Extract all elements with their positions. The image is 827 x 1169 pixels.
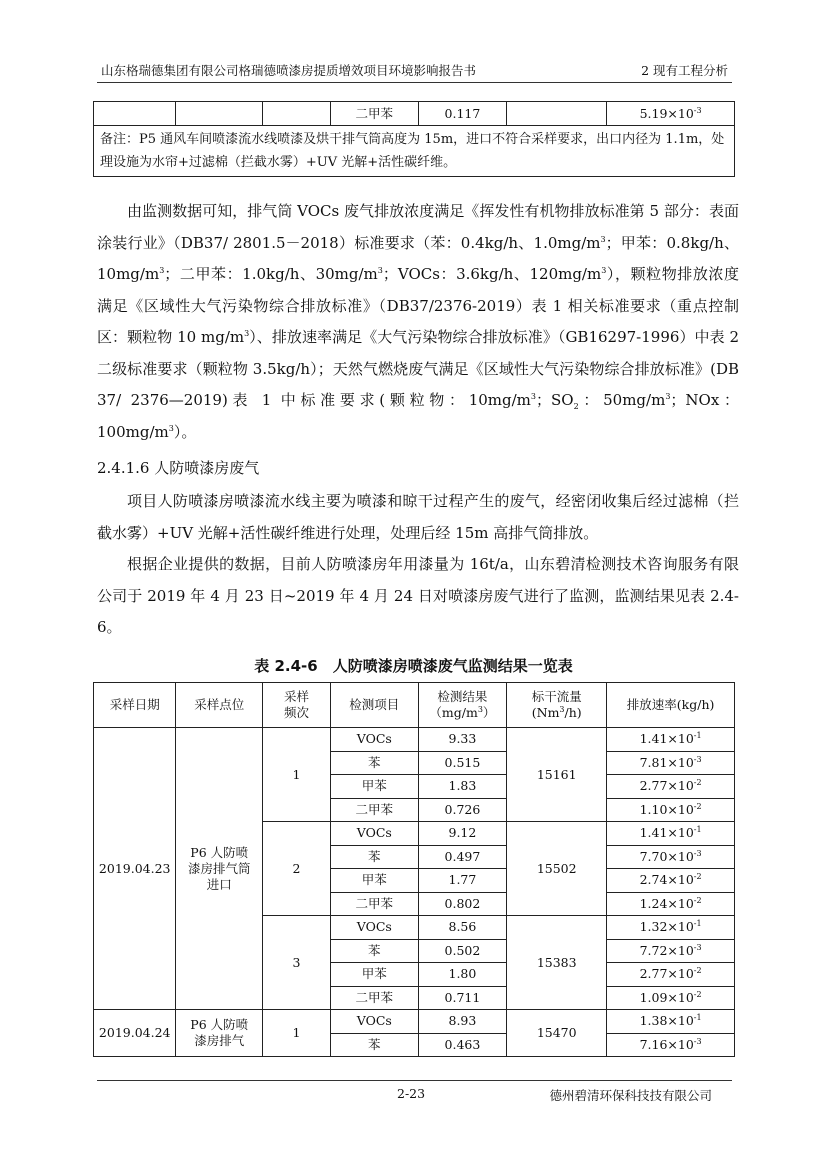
item-cell: 苯 xyxy=(331,751,419,775)
table-row: 2019.04.24P6 人防喷漆房排气1VOCs8.93154701.38×1… xyxy=(94,1010,735,1034)
freq-cell: 2 xyxy=(263,822,331,916)
freq-cell: 1 xyxy=(263,1010,331,1057)
table-row: 2019.04.23P6 人防喷漆房排气筒进口1VOCs9.33151611.4… xyxy=(94,728,735,752)
table-caption: 表 2.4-6 人防喷漆房喷漆废气监测结果一览表 xyxy=(0,655,827,676)
flow-cell: 15470 xyxy=(507,1010,607,1057)
chapter-title: 2 现有工程分析 xyxy=(641,61,728,79)
point-cell: P6 人防喷漆房排气 xyxy=(176,1010,263,1057)
rate-cell: 1.38×10-1 xyxy=(607,1010,735,1034)
rate-cell: 7.81×10-3 xyxy=(607,751,735,775)
page-footer: 2-23 德州碧清环保科技技有限公司 xyxy=(97,1080,732,1081)
header-result: 检测结果（mg/m3） xyxy=(418,683,507,728)
item-cell: VOCs xyxy=(331,822,419,846)
header-flow: 标干流量(Nm3/h) xyxy=(507,683,607,728)
header-point: 采样点位 xyxy=(176,683,263,728)
item-cell: VOCs xyxy=(331,916,419,940)
result-cell: 8.56 xyxy=(418,916,507,940)
footer-company: 德州碧清环保科技技有限公司 xyxy=(549,1086,712,1104)
flow-cell: 15502 xyxy=(507,822,607,916)
item-cell: 甲苯 xyxy=(331,775,419,799)
rate-cell: 2.77×10-2 xyxy=(607,775,735,799)
section-heading: 2.4.1.6 人防喷漆房废气 xyxy=(97,457,259,478)
page-number: 2-23 xyxy=(397,1086,425,1101)
rate-cell: 5.19×10-3 xyxy=(607,102,735,126)
monitoring-results-table: 采样日期 采样点位 采样频次 检测项目 检测结果（mg/m3） 标干流量(Nm3… xyxy=(93,682,735,1057)
point-cell: P6 人防喷漆房排气筒进口 xyxy=(176,728,263,1010)
paragraph-process: 项目人防喷漆房喷漆流水线主要为喷漆和晾干过程产生的废气，经密闭收集后经过滤棉（拦… xyxy=(97,486,739,549)
item-cell: VOCs xyxy=(331,1010,419,1034)
table-header-row: 采样日期 采样点位 采样频次 检测项目 检测结果（mg/m3） 标干流量(Nm3… xyxy=(94,683,735,728)
date-cell: 2019.04.23 xyxy=(94,728,176,1010)
rate-cell: 1.32×10-1 xyxy=(607,916,735,940)
header-item: 检测项目 xyxy=(331,683,419,728)
result-cell: 0.502 xyxy=(418,939,507,963)
rate-cell: 7.70×10-3 xyxy=(607,845,735,869)
header-rate: 排放速率(kg/h) xyxy=(607,683,735,728)
item-cell: 二甲苯 xyxy=(331,986,419,1010)
continued-table: 二甲苯 0.117 5.19×10-3 备注：P5 通风车间喷漆流水线喷漆及烘干… xyxy=(93,101,735,177)
item-cell: 二甲苯 xyxy=(331,798,419,822)
header-date: 采样日期 xyxy=(94,683,176,728)
result-cell: 0.117 xyxy=(418,102,507,126)
rate-cell: 1.41×10-1 xyxy=(607,822,735,846)
freq-cell: 1 xyxy=(263,728,331,822)
header-freq: 采样频次 xyxy=(263,683,331,728)
item-cell: 甲苯 xyxy=(331,869,419,893)
result-cell: 0.463 xyxy=(418,1033,507,1057)
table-note: 备注：P5 通风车间喷漆流水线喷漆及烘干排气筒高度为 15m，进口不符合采样要求… xyxy=(94,126,735,177)
rate-cell: 2.74×10-2 xyxy=(607,869,735,893)
item-cell: 苯 xyxy=(331,1033,419,1057)
date-cell: 2019.04.24 xyxy=(94,1010,176,1057)
result-cell: 9.12 xyxy=(418,822,507,846)
rate-cell: 1.09×10-2 xyxy=(607,986,735,1010)
note-row: 备注：P5 通风车间喷漆流水线喷漆及烘干排气筒高度为 15m，进口不符合采样要求… xyxy=(94,126,735,177)
item-cell: 苯 xyxy=(331,939,419,963)
report-title: 山东格瑞德集团有限公司格瑞德喷漆房提质增效项目环境影响报告书 xyxy=(101,61,476,79)
item-cell: VOCs xyxy=(331,728,419,752)
result-cell: 8.93 xyxy=(418,1010,507,1034)
flow-cell: 15161 xyxy=(507,728,607,822)
item-cell: 苯 xyxy=(331,845,419,869)
result-cell: 1.77 xyxy=(418,869,507,893)
rate-cell: 1.41×10-1 xyxy=(607,728,735,752)
result-cell: 0.711 xyxy=(418,986,507,1010)
table-row: 二甲苯 0.117 5.19×10-3 xyxy=(94,102,735,126)
paragraph-monitoring: 根据企业提供的数据，目前人防喷漆房年用漆量为 16t/a，山东碧清检测技术咨询服… xyxy=(97,549,739,644)
rate-cell: 1.24×10-2 xyxy=(607,892,735,916)
result-cell: 1.80 xyxy=(418,963,507,987)
result-cell: 0.726 xyxy=(418,798,507,822)
freq-cell: 3 xyxy=(263,916,331,1010)
rate-cell: 2.77×10-2 xyxy=(607,963,735,987)
result-cell: 0.497 xyxy=(418,845,507,869)
rate-cell: 1.10×10-2 xyxy=(607,798,735,822)
paragraph-compliance: 由监测数据可知，排气筒 VOCs 废气排放浓度满足《挥发性有机物排放标准第 5 … xyxy=(97,196,739,448)
item-cell: 二甲苯 xyxy=(331,892,419,916)
page-header: 山东格瑞德集团有限公司格瑞德喷漆房提质增效项目环境影响报告书 2 现有工程分析 xyxy=(97,58,732,83)
flow-cell: 15383 xyxy=(507,916,607,1010)
result-cell: 1.83 xyxy=(418,775,507,799)
result-cell: 0.802 xyxy=(418,892,507,916)
result-cell: 9.33 xyxy=(418,728,507,752)
item-cell: 二甲苯 xyxy=(331,102,419,126)
result-cell: 0.515 xyxy=(418,751,507,775)
rate-cell: 7.16×10-3 xyxy=(607,1033,735,1057)
rate-cell: 7.72×10-3 xyxy=(607,939,735,963)
item-cell: 甲苯 xyxy=(331,963,419,987)
